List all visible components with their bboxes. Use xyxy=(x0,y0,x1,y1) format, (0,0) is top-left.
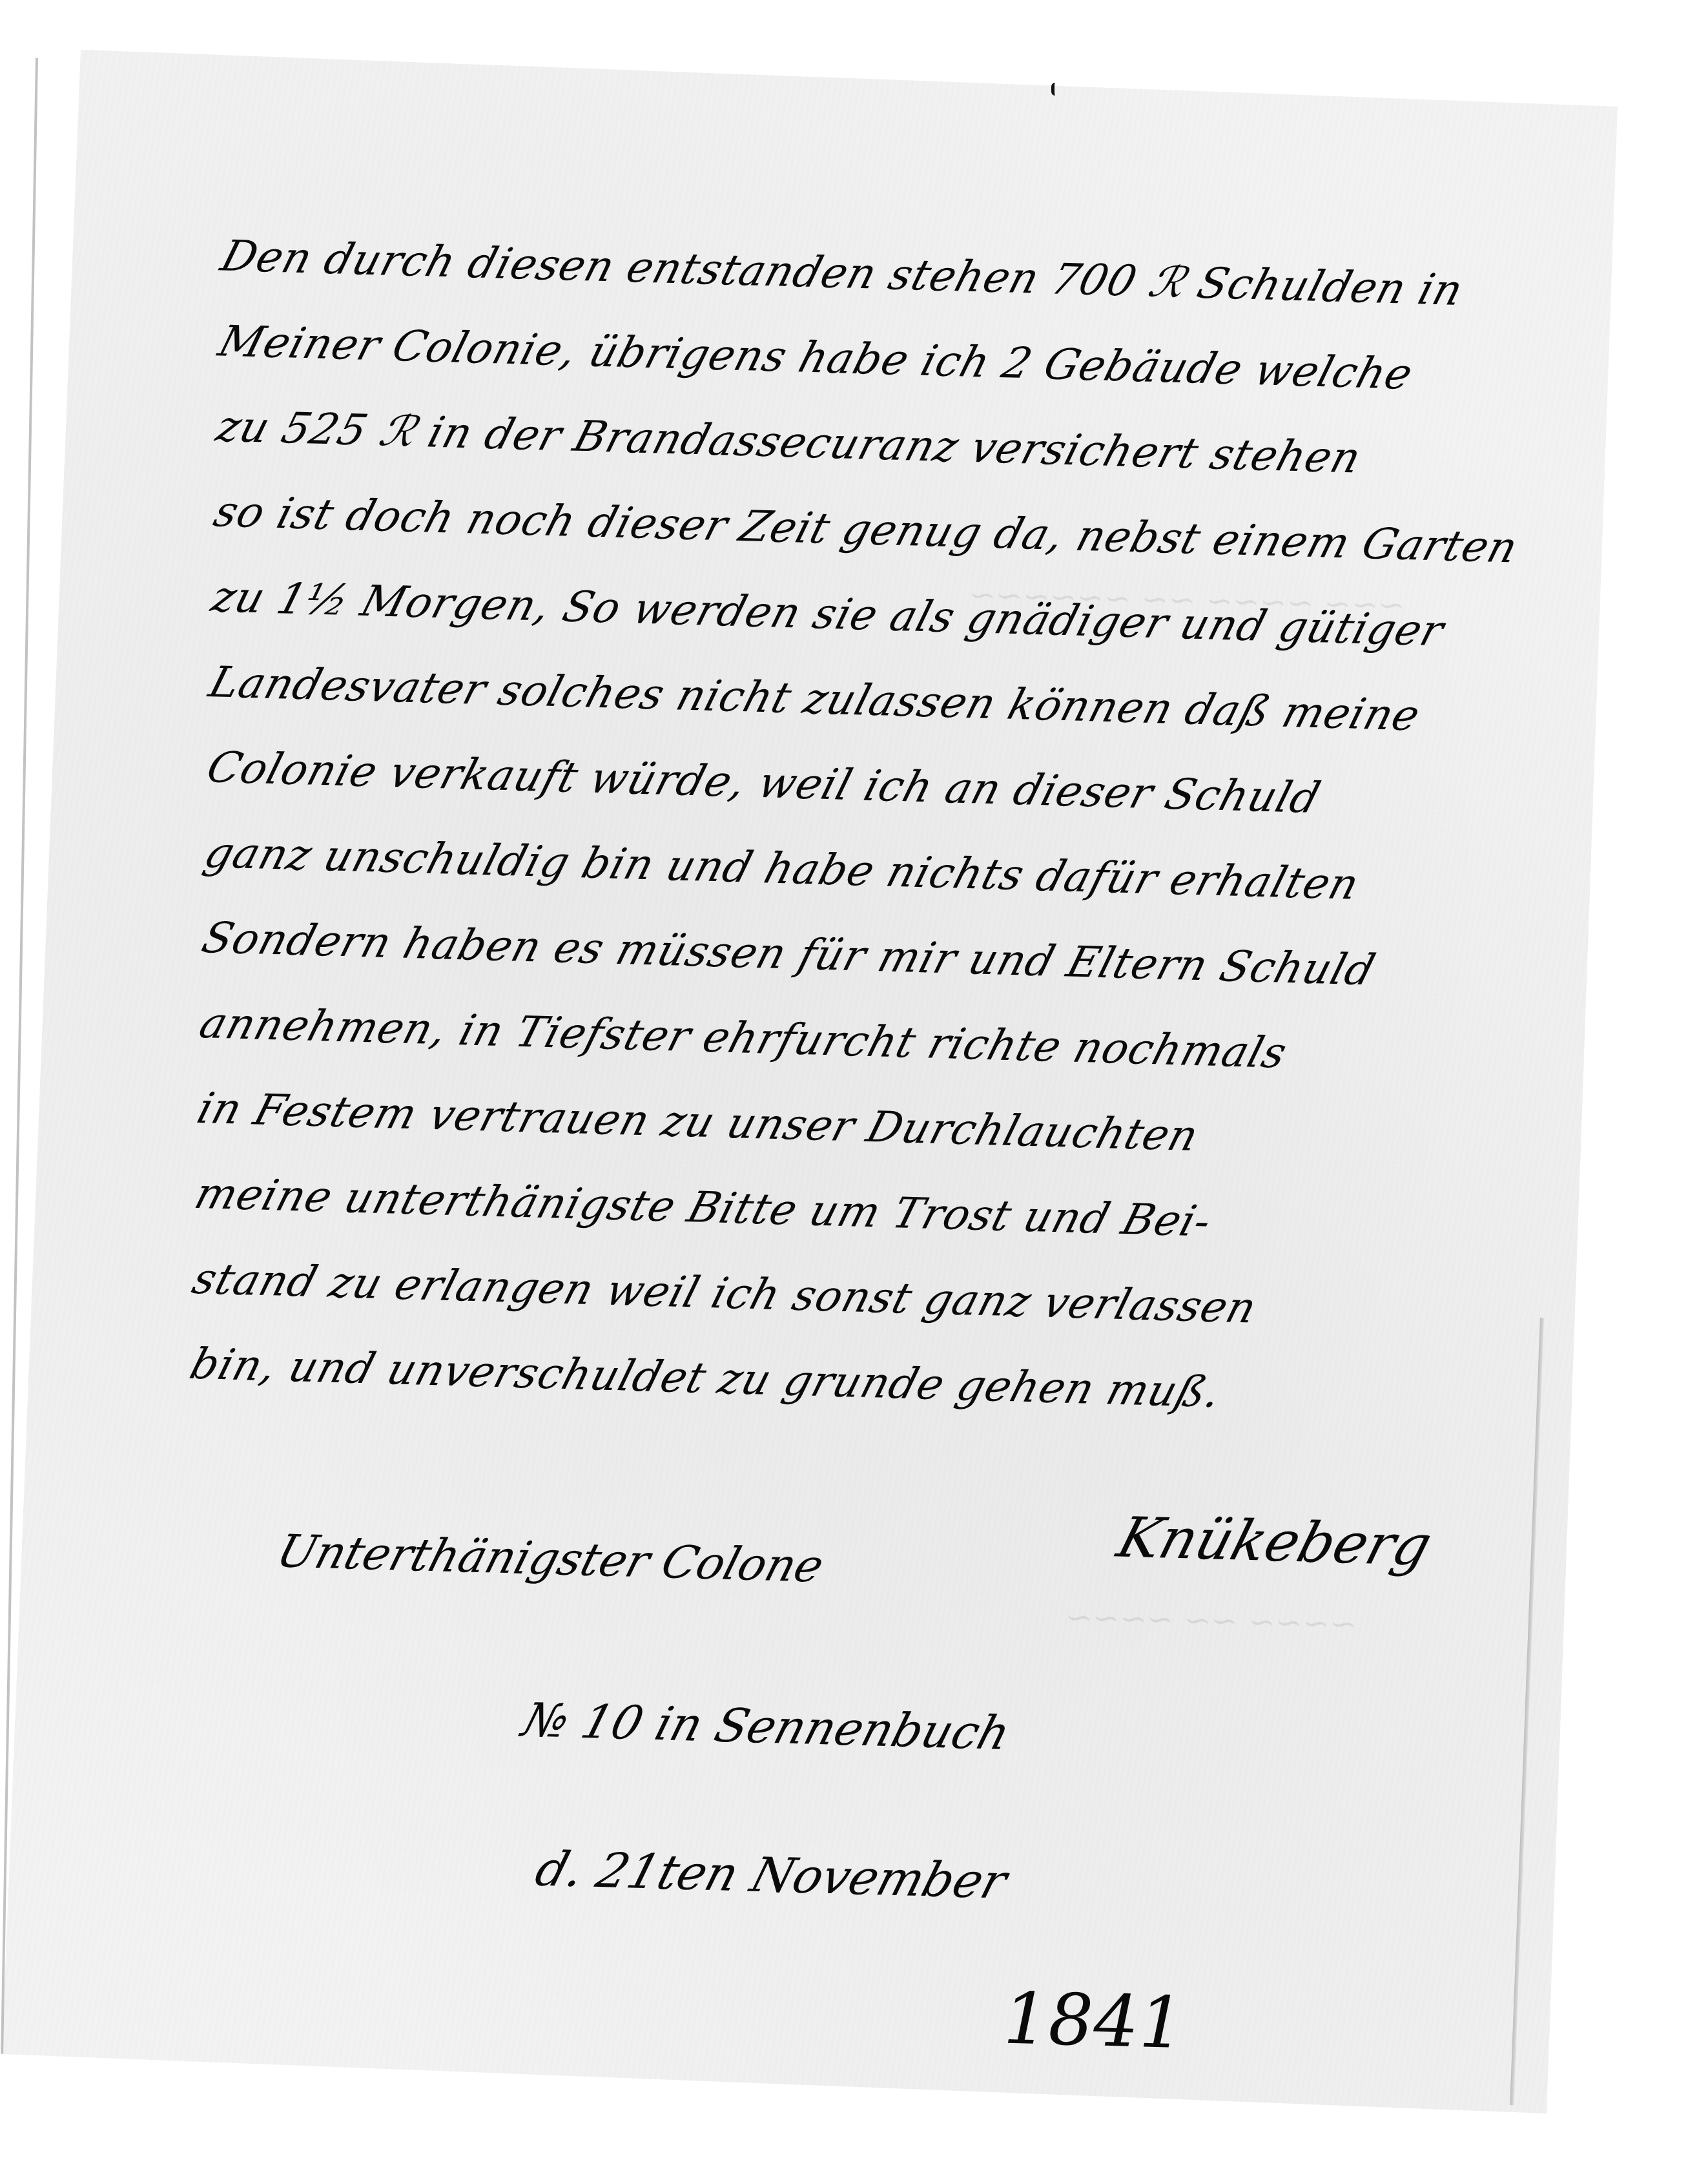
letter-body: Den durch diesen entstanden stehen 700 ℛ… xyxy=(180,213,1536,1444)
signature: Knükeberg xyxy=(1111,1506,1439,1579)
bleed-through-text: ~~~~ ~~ ~~~~ xyxy=(1065,1599,1357,1643)
top-tick-mark xyxy=(1051,83,1058,96)
year: 1841 xyxy=(994,1977,1192,2064)
